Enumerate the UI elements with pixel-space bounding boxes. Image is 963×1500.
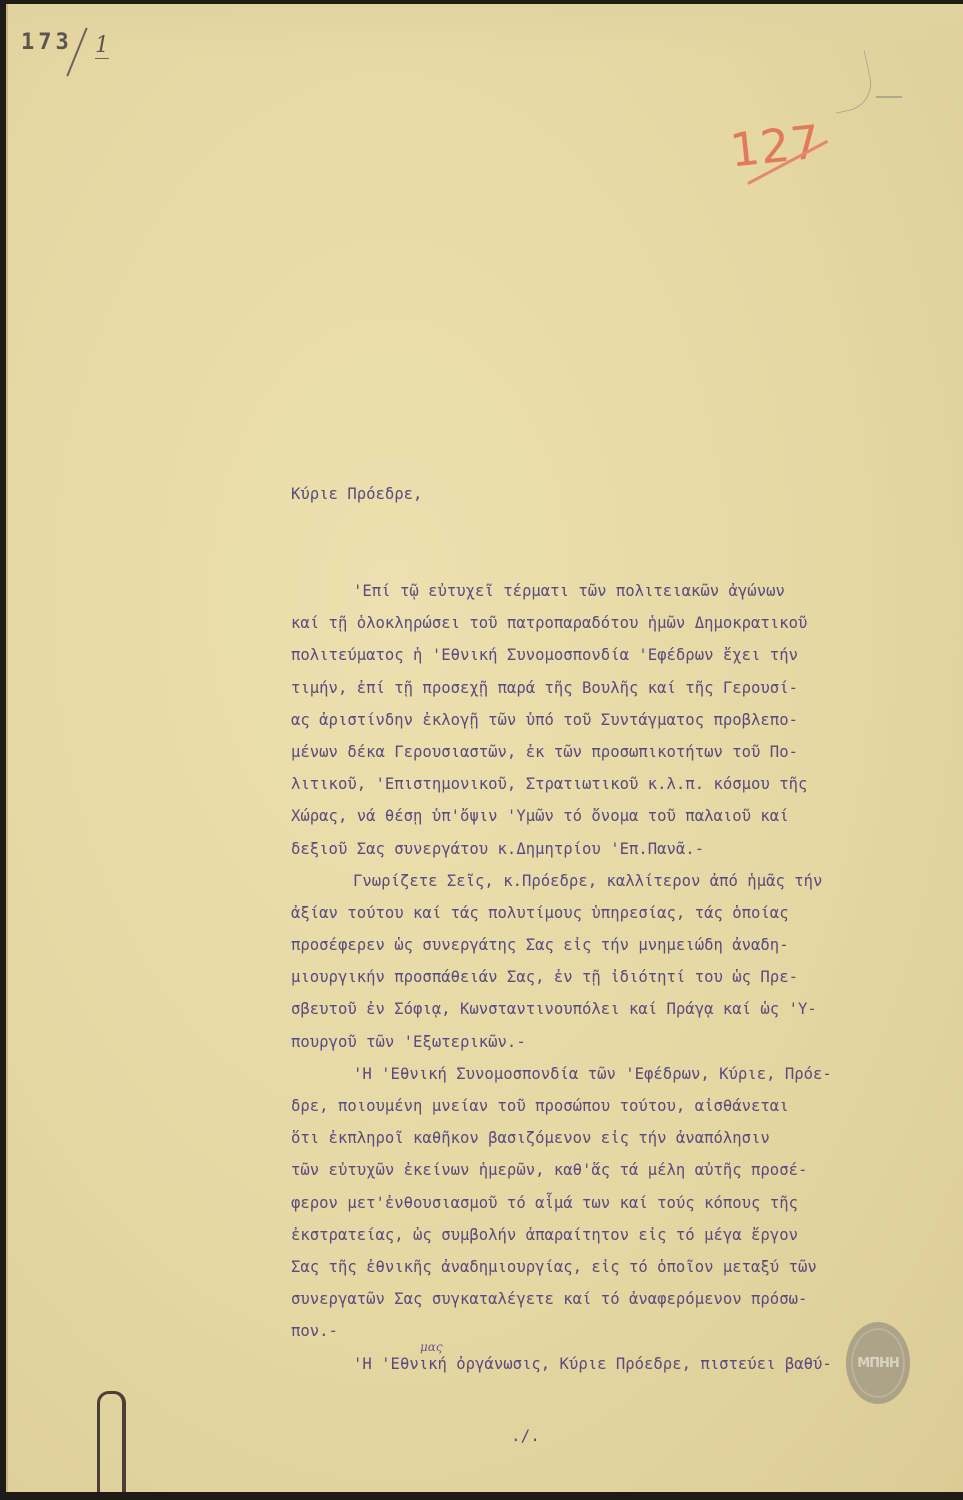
letter-lines: 'Επί τῷ εὐτυχεῖ τέρματι τῶν πολιτειακῶν …	[291, 575, 941, 1380]
archive-stamp: ΜΠΗΗ	[846, 1322, 910, 1404]
continuation-mark: ./.	[511, 1426, 540, 1445]
text-line: ὅτι ἐκπληροῖ καθῆκον βασιζόμενον εἰς τήν…	[291, 1122, 941, 1154]
text-line: ἐκστρατείας, ὡς συμβολήν ἀπαραίτητον εἰς…	[291, 1219, 941, 1251]
text-line: πουργοῦ τῶν 'Εξωτερικῶν.-	[291, 1026, 941, 1058]
text-line: Χώρας, νά θέσῃ ὑπ'ὄψιν 'Υμῶν τό ὄνομα το…	[291, 800, 941, 832]
text-line: 'Η 'Εθνική Συνομοσπονδία τῶν 'Εφέδρων, Κ…	[291, 1058, 941, 1090]
text-line: 'Επί τῷ εὐτυχεῖ τέρματι τῶν πολιτειακῶν …	[291, 575, 941, 607]
scan-bottom-edge	[0, 1492, 963, 1500]
text-line: δρε, ποιουμένη μνείαν τοῦ προσώπου τούτο…	[291, 1090, 941, 1122]
handwritten-insertion: μας	[420, 1340, 443, 1354]
stamp-emblem: ΜΠΗΗ	[851, 1328, 905, 1398]
text-line: πολιτεύματος ἡ 'Εθνική Συνομοσπονδία 'Εφ…	[291, 639, 941, 671]
text-line: προσέφερεν ὡς συνεργάτης Σας εἰς τήν μνη…	[291, 929, 941, 961]
salutation: Κύριε Πρόεδρε,	[291, 478, 941, 510]
text-line: συνεργατῶν Σας συγκαταλέγετε καί τό ἀναφ…	[291, 1283, 941, 1315]
text-line: τιμήν, ἐπί τῇ προσεχῇ παρά τῆς Βουλῆς κα…	[291, 672, 941, 704]
document-page: 173 1 127 Κύριε Πρόεδρε, 'Επί τῷ εὐτυχεῖ…	[6, 4, 963, 1492]
pencil-annotation-dash	[876, 96, 902, 98]
text-line: σβευτοῦ ἐν Σόφιᾳ, Κωνσταντινουπόλει καί …	[291, 993, 941, 1025]
text-line: μένων δέκα Γερουσιαστῶν, ἐκ τῶν προσωπικ…	[291, 736, 941, 768]
text-line: ας ἀριστίνδην ἐκλογῇ τῶν ὑπό τοῦ Συντάγμ…	[291, 704, 941, 736]
paperclip-icon	[97, 1391, 126, 1500]
text-line: ἀξίαν τούτου καί τάς πολυτίμους ὑπηρεσία…	[291, 897, 941, 929]
archive-sub-number: 1	[95, 34, 109, 59]
text-line: λιτικοῦ, 'Επιστημονικοῦ, Στρατιωτικοῦ κ.…	[291, 768, 941, 800]
text-line: Γνωρίζετε Σεῖς, κ.Πρόεδρε, καλλίτερον ἀπ…	[291, 865, 941, 897]
letter-body: Κύριε Πρόεδρε, 'Επί τῷ εὐτυχεῖ τέρματι τ…	[291, 414, 941, 1444]
archive-number: 173	[21, 30, 73, 55]
text-line: καί τῇ ὁλοκληρώσει τοῦ πατροπαραδότου ἡμ…	[291, 607, 941, 639]
text-line: Σας τῆς ἐθνικῆς ἀναδημιουργίας, εἰς τό ὁ…	[291, 1251, 941, 1283]
text-line: φερον μετ'ἐνθουσιασμοῦ τό αἷμά των καί τ…	[291, 1187, 941, 1219]
pencil-annotation	[825, 50, 877, 113]
text-line: τῶν εὐτυχῶν ἐκείνων ἡμερῶν, καθ'ἅς τά μέ…	[291, 1154, 941, 1186]
text-line: μιουργικήν προσπάθειάν Σας, ἐν τῇ ἰδιότη…	[291, 961, 941, 993]
text-line: πον.-	[291, 1315, 941, 1347]
text-line: δεξιοῦ Σας συνεργάτου κ.Δημητρίου 'Επ.Πα…	[291, 833, 941, 865]
text-line: 'Η 'Εθνική ὀργάνωσις, Κύριε Πρόεδρε, πισ…	[291, 1348, 941, 1380]
